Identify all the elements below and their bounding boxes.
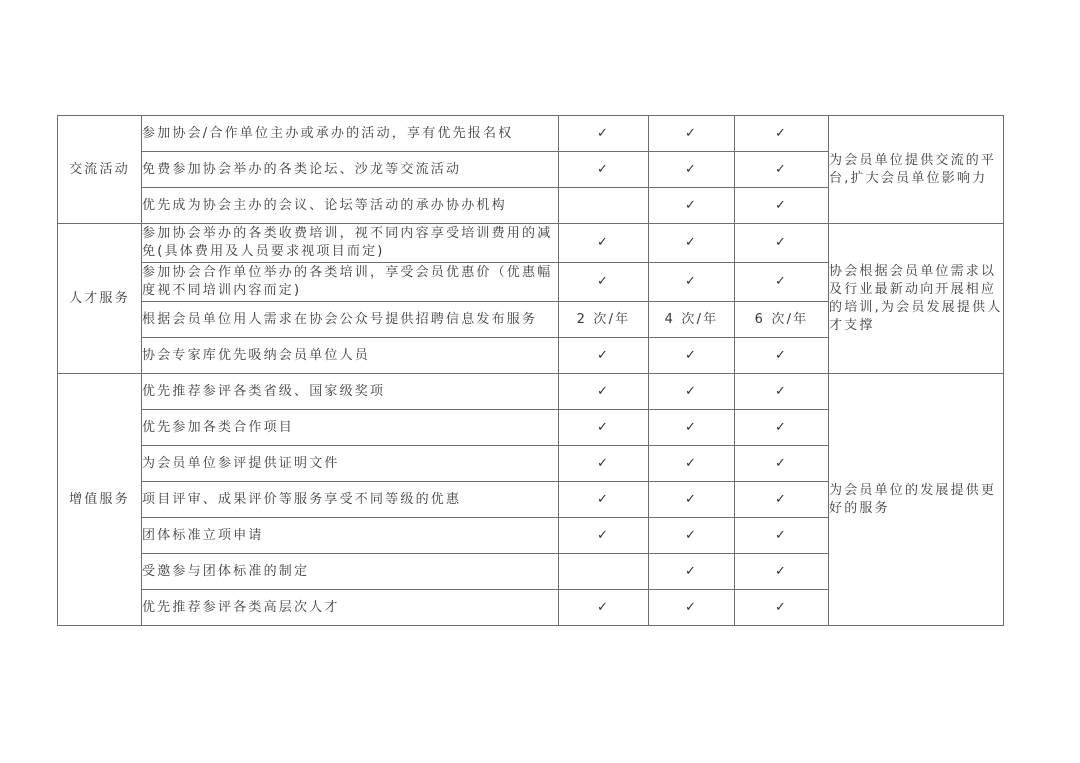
check-icon: ✓ xyxy=(559,410,649,446)
check-icon: ✓ xyxy=(649,224,735,263)
check-icon: ✓ xyxy=(735,374,829,410)
category-cell: 增值服务 xyxy=(58,374,142,626)
benefit-item: 免费参加协会举办的各类论坛、沙龙等交流活动 xyxy=(142,152,559,188)
check-icon: ✓ xyxy=(649,482,735,518)
check-icon: ✓ xyxy=(559,518,649,554)
table-row: 人才服务 参加协会举办的各类收费培训，视不同内容享受培训费用的减免(具体费用及人… xyxy=(58,224,1004,263)
check-icon: ✓ xyxy=(735,224,829,263)
check-icon: ✓ xyxy=(735,188,829,224)
benefit-item: 团体标准立项申请 xyxy=(142,518,559,554)
description-cell: 为会员单位提供交流的平台,扩大会员单位影响力 xyxy=(829,116,1004,224)
benefit-item: 根据会员单位用人需求在协会公众号提供招聘信息发布服务 xyxy=(142,302,559,338)
description-cell: 为会员单位的发展提供更好的服务 xyxy=(829,374,1004,626)
benefit-item: 项目评审、成果评价等服务享受不同等级的优惠 xyxy=(142,482,559,518)
check-icon: ✓ xyxy=(559,263,649,302)
check-icon: ✓ xyxy=(559,374,649,410)
membership-benefits-table: 交流活动 参加协会/合作单位主办或承办的活动，享有优先报名权 ✓ ✓ ✓ 为会员… xyxy=(57,115,1004,626)
check-icon: ✓ xyxy=(649,446,735,482)
check-icon: ✓ xyxy=(735,152,829,188)
frequency-value: 2 次/年 xyxy=(559,302,649,338)
empty-cell xyxy=(559,554,649,590)
check-icon: ✓ xyxy=(649,374,735,410)
check-icon: ✓ xyxy=(559,116,649,152)
check-icon: ✓ xyxy=(649,410,735,446)
check-icon: ✓ xyxy=(649,263,735,302)
check-icon: ✓ xyxy=(649,590,735,626)
check-icon: ✓ xyxy=(559,152,649,188)
table-row: 增值服务 优先推荐参评各类省级、国家级奖项 ✓ ✓ ✓ 为会员单位的发展提供更好… xyxy=(58,374,1004,410)
benefit-item: 优先推荐参评各类高层次人才 xyxy=(142,590,559,626)
check-icon: ✓ xyxy=(559,590,649,626)
check-icon: ✓ xyxy=(649,152,735,188)
benefit-item: 参加协会合作单位举办的各类培训，享受会员优惠价（优惠幅度视不同培训内容而定) xyxy=(142,263,559,302)
benefit-item: 优先参加各类合作项目 xyxy=(142,410,559,446)
benefit-item: 优先成为协会主办的会议、论坛等活动的承办协办机构 xyxy=(142,188,559,224)
check-icon: ✓ xyxy=(559,482,649,518)
check-icon: ✓ xyxy=(649,116,735,152)
check-icon: ✓ xyxy=(559,446,649,482)
benefit-item: 优先推荐参评各类省级、国家级奖项 xyxy=(142,374,559,410)
check-icon: ✓ xyxy=(649,188,735,224)
category-cell: 人才服务 xyxy=(58,224,142,374)
check-icon: ✓ xyxy=(735,554,829,590)
check-icon: ✓ xyxy=(649,338,735,374)
table-row: 交流活动 参加协会/合作单位主办或承办的活动，享有优先报名权 ✓ ✓ ✓ 为会员… xyxy=(58,116,1004,152)
check-icon: ✓ xyxy=(649,554,735,590)
benefit-item: 受邀参与团体标准的制定 xyxy=(142,554,559,590)
empty-cell xyxy=(559,188,649,224)
benefit-item: 为会员单位参评提供证明文件 xyxy=(142,446,559,482)
benefit-item: 协会专家库优先吸纳会员单位人员 xyxy=(142,338,559,374)
check-icon: ✓ xyxy=(649,518,735,554)
check-icon: ✓ xyxy=(735,410,829,446)
description-cell: 协会根据会员单位需求以及行业最新动向开展相应的培训,为会员发展提供人才支撑 xyxy=(829,224,1004,374)
check-icon: ✓ xyxy=(735,263,829,302)
frequency-value: 6 次/年 xyxy=(735,302,829,338)
check-icon: ✓ xyxy=(735,338,829,374)
check-icon: ✓ xyxy=(735,482,829,518)
check-icon: ✓ xyxy=(735,116,829,152)
benefit-item: 参加协会/合作单位主办或承办的活动，享有优先报名权 xyxy=(142,116,559,152)
check-icon: ✓ xyxy=(735,518,829,554)
frequency-value: 4 次/年 xyxy=(649,302,735,338)
check-icon: ✓ xyxy=(735,590,829,626)
category-cell: 交流活动 xyxy=(58,116,142,224)
benefit-item: 参加协会举办的各类收费培训，视不同内容享受培训费用的减免(具体费用及人员要求视项… xyxy=(142,224,559,263)
check-icon: ✓ xyxy=(559,338,649,374)
check-icon: ✓ xyxy=(735,446,829,482)
check-icon: ✓ xyxy=(559,224,649,263)
